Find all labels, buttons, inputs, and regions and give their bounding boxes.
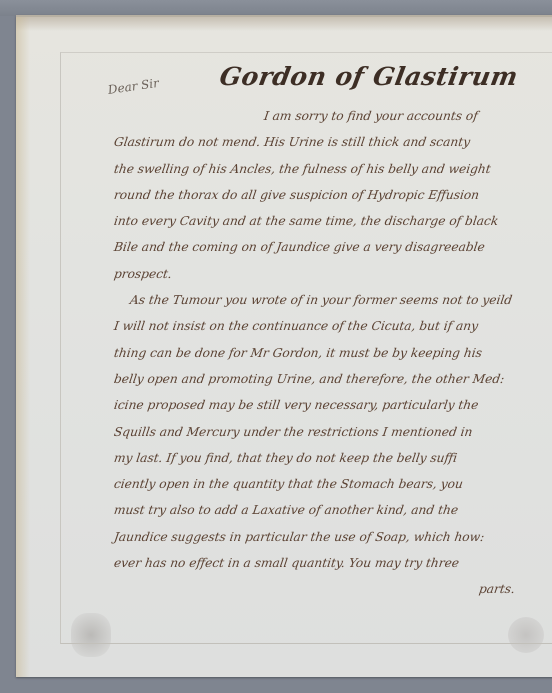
- letter-line: ciently open in the quantity that the St…: [112, 471, 526, 497]
- letter-catchword: parts.: [112, 576, 526, 602]
- letter-line: Jaundice suggests in particular the use …: [112, 524, 526, 550]
- letter-line: must try also to add a Laxative of anoth…: [112, 497, 526, 523]
- letter-line: Bile and the coming on of Jaundice give …: [112, 234, 526, 260]
- letter-line: ever has no effect in a small quantity. …: [112, 550, 526, 576]
- letter-line: As the Tumour you wrote of in your forme…: [112, 287, 526, 313]
- scanner-backdrop: [0, 0, 552, 16]
- letter-line: icine proposed may be still very necessa…: [112, 392, 526, 418]
- letter-line: the swelling of his Ancles, the fulness …: [112, 156, 526, 182]
- letter-line: prospect.: [112, 261, 526, 287]
- letter-line: my last. If you find, that they do not k…: [112, 445, 526, 471]
- page-edge-stain-top: [16, 17, 552, 31]
- letter-line: Squills and Mercury under the restrictio…: [112, 419, 526, 445]
- letter-line: into every Cavity and at the same time, …: [112, 208, 526, 234]
- letter-body: I am sorry to find your accounts of Glas…: [114, 103, 524, 603]
- page-edge-stain-left: [16, 17, 30, 677]
- letter-line: round the thorax do all give suspicion o…: [112, 182, 526, 208]
- letter-line: thing can be done for Mr Gordon, it must…: [112, 340, 526, 366]
- letter-title: Gordon of Glastirum: [217, 62, 520, 91]
- letter-line: Glastirum do not mend. His Urine is stil…: [112, 129, 526, 155]
- letter-line: I am sorry to find your accounts of: [112, 103, 526, 129]
- letter-line: belly open and promoting Urine, and ther…: [112, 366, 526, 392]
- letter-line: I will not insist on the continuance of …: [112, 313, 526, 339]
